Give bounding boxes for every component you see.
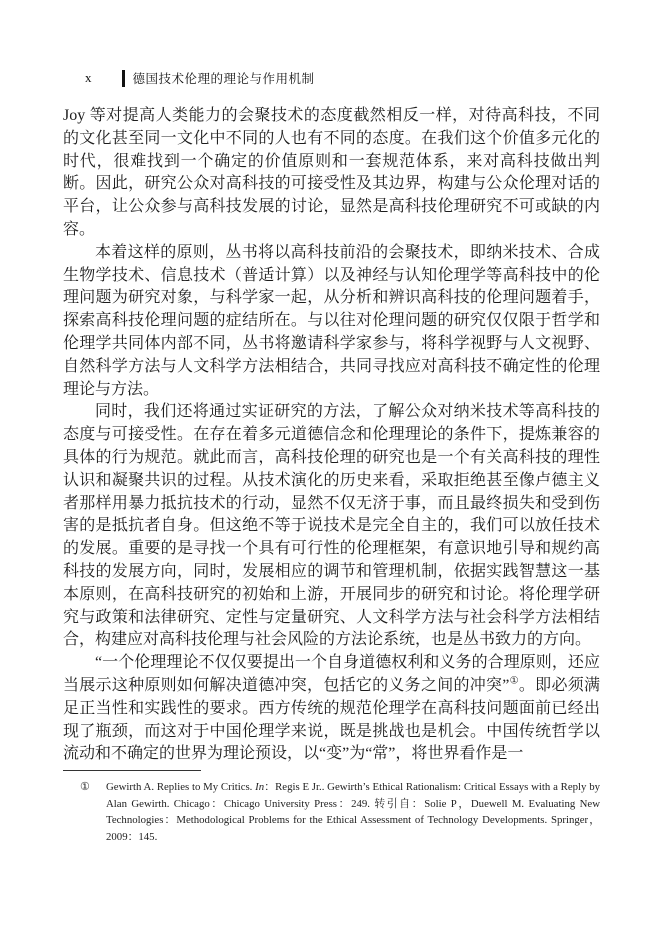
running-header-title: 德国技术伦理的理论与作用机制 (133, 69, 315, 87)
header-divider-bar (122, 70, 125, 87)
running-header: x 德国技术伦理的理论与作用机制 (63, 67, 599, 89)
paragraph-1: Joy 等对提高人类能力的会聚技术的态度截然相反一样，对待高科技，不同的文化甚至… (63, 105, 600, 242)
footnote-area: ① Gewirth A. Replies to My Critics. In：R… (63, 770, 600, 845)
page-number: x (85, 70, 92, 86)
footnote-ref-1: ① (509, 676, 519, 687)
paragraph-3: 同时，我们还将通过实证研究的方法，了解公众对纳米技术等高科技的态度与可接受性。在… (63, 401, 600, 652)
footnote-1-text-italic: In (255, 781, 264, 793)
footnote-1-text: Gewirth A. Replies to My Critics. In：Reg… (106, 779, 600, 845)
paragraph-2: 本着这样的原则，丛书将以高科技前沿的会聚技术，即纳米技术、合成生物学技术、信息技… (63, 242, 600, 402)
footnote-separator-rule (63, 770, 201, 771)
paragraph-4: “一个伦理理论不仅仅要提出一个自身道德权利和义务的合理原则，还应当展示这种原则如… (63, 652, 600, 766)
footnote-1-marker: ① (80, 779, 106, 845)
book-page: x 德国技术伦理的理论与作用机制 Joy 等对提高人类能力的会聚技术的态度截然相… (0, 0, 661, 926)
footnote-1: ① Gewirth A. Replies to My Critics. In：R… (63, 779, 600, 845)
footnote-1-text-part1: Gewirth A. Replies to My Critics. (106, 781, 255, 793)
body-text: Joy 等对提高人类能力的会聚技术的态度截然相反一样，对待高科技，不同的文化甚至… (63, 105, 600, 766)
